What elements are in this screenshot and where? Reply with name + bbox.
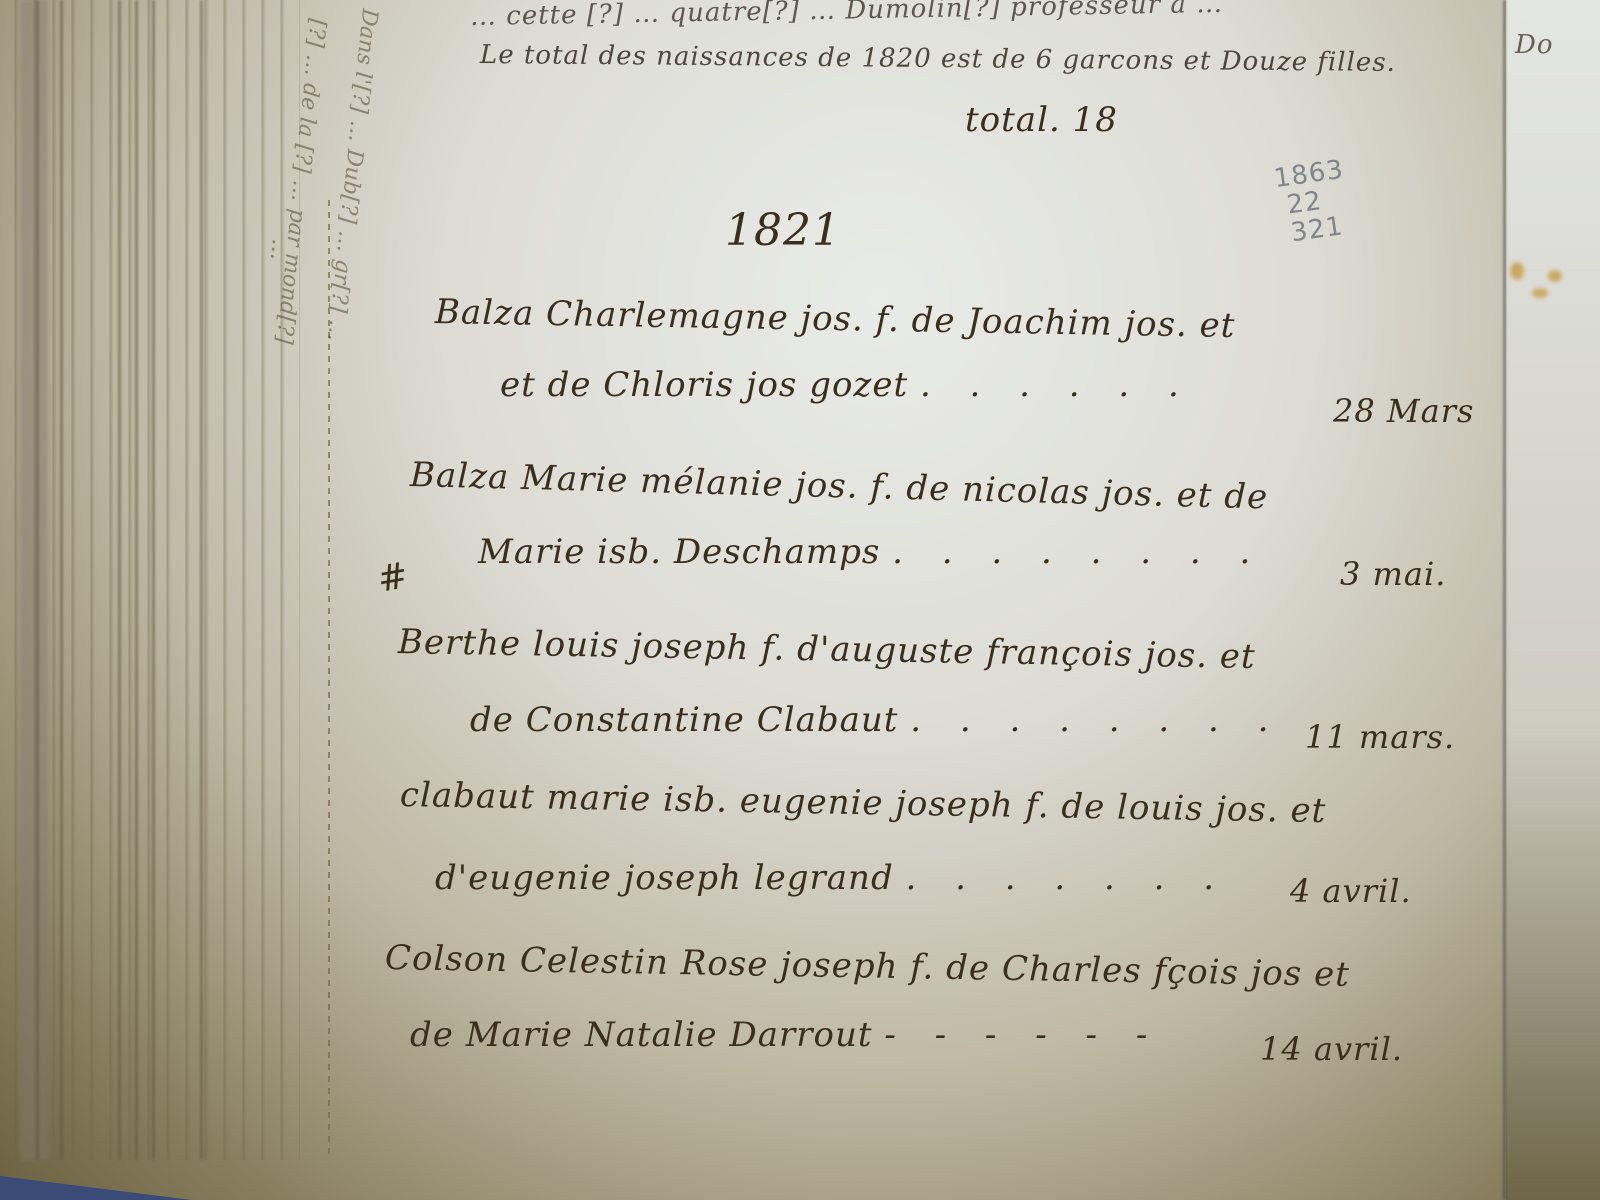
entry-1-line-2: et de Chloris jos gozet . . . . . .: [500, 365, 1193, 405]
total-value: 18: [1073, 100, 1118, 140]
entry-4-line-2: d'eugenie joseph legrand . . . . . . .: [435, 858, 1228, 898]
entry-3-line-2: de Constantine Clabaut . . . . . . . .: [470, 700, 1282, 740]
entry-5-date: 14 avril.: [1260, 1030, 1403, 1068]
entry-1-line-1: Balza Charlemagne jos. f. de Joachim jos…: [435, 292, 1236, 346]
adjacent-page: [1506, 0, 1600, 1200]
ink-stain: [1532, 288, 1548, 298]
entry-4-line-1: clabaut marie isb. eugenie joseph f. de …: [400, 775, 1327, 831]
header-line-1: … cette [?] … quatre[?] … Dumolin[?] pro…: [470, 0, 1224, 32]
entry-5-parents: de Marie Natalie Darrout: [410, 1015, 873, 1055]
entry-3-parents: de Constantine Clabaut: [470, 700, 898, 740]
entry-5-dots: - - - - - -: [884, 1015, 1161, 1055]
page-edge-line: [60, 0, 63, 1160]
entry-3-date: 11 mars.: [1305, 718, 1455, 756]
entry-2-date: 3 mai.: [1340, 555, 1446, 593]
entry-2-line-2: Marie isb. Deschamps . . . . . . . .: [478, 532, 1264, 572]
page-fold-edge: [1503, 0, 1506, 1200]
archive-pencil-note: 1863 22 321: [1272, 156, 1353, 249]
entry-1-parents: et de Chloris jos gozet: [500, 365, 908, 405]
entry-3-dots: . . . . . . . .: [910, 700, 1282, 740]
page-edge-line: [118, 0, 121, 1160]
margin-hash-marker: #: [374, 555, 412, 601]
entry-2-dots: . . . . . . . .: [892, 532, 1264, 572]
entry-4-dots: . . . . . . .: [906, 858, 1229, 898]
ink-stain: [1510, 262, 1524, 280]
ink-stain: [1548, 270, 1562, 282]
entry-1-dots: . . . . . .: [920, 365, 1193, 405]
adjacent-page-text: Do: [1515, 30, 1554, 60]
entry-5-line-1: Colson Celestin Rose joseph f. de Charle…: [385, 938, 1351, 995]
total-line: total. 18: [965, 100, 1118, 140]
page-edge-shadow: [20, 0, 48, 1160]
year-heading: 1821: [725, 205, 841, 256]
margin-note: …: [265, 237, 292, 261]
total-label: total: [965, 100, 1049, 140]
table-surface: [0, 1160, 1600, 1200]
entry-3-line-1: Berthe louis joseph f. d'auguste françoi…: [398, 622, 1256, 677]
page-edge-line: [200, 0, 203, 1160]
page-edge-line: [152, 0, 155, 1160]
margin-note: Dans l'[?] … Dub[?] … gr[?] …: [322, 7, 382, 342]
entry-1-date: 28 Mars: [1333, 392, 1474, 430]
header-line-2: Le total des naissances de 1820 est de 6…: [480, 40, 1396, 78]
entry-2-parents: Marie isb. Deschamps: [478, 532, 880, 572]
entry-4-parents: d'eugenie joseph legrand: [435, 858, 894, 898]
page-edge-line: [135, 0, 138, 1160]
entry-2-line-1: Balza Marie mélanie jos. f. de nicolas j…: [409, 455, 1268, 517]
document-photo: Dans l'[?] … Dub[?] … gr[?] … [?] … de l…: [0, 0, 1600, 1200]
page-edge-line: [36, 0, 39, 1160]
entry-5-line-2: de Marie Natalie Darrout - - - - - -: [410, 1015, 1161, 1055]
margin-rule-line: [328, 200, 330, 1160]
entry-4-date: 4 avril.: [1290, 872, 1412, 910]
